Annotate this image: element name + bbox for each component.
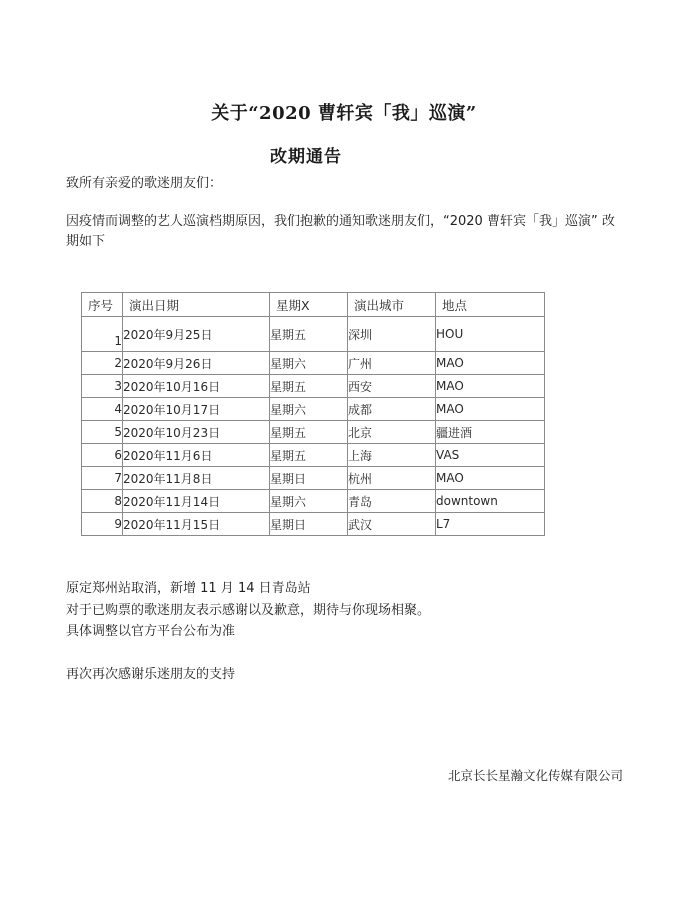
cell-index: 4: [82, 398, 123, 421]
cell-venue: MAO: [436, 352, 545, 375]
cell-weekday: 星期六: [270, 490, 348, 513]
cell-index: 3: [82, 375, 123, 398]
cell-index: 5: [82, 421, 123, 444]
cell-city: 青岛: [348, 490, 436, 513]
cell-date: 2020年10月16日: [123, 375, 270, 398]
cell-city: 武汉: [348, 513, 436, 536]
table-header-row: 序号 演出日期 星期X 演出城市 地点: [82, 293, 545, 317]
header-weekday: 星期X: [270, 293, 348, 317]
document-title: 关于“2020 曹轩宾「我」巡演”: [0, 99, 688, 125]
header-venue: 地点: [436, 293, 545, 317]
cell-venue: VAS: [436, 444, 545, 467]
cell-weekday: 星期六: [270, 352, 348, 375]
cell-index: 6: [82, 444, 123, 467]
cell-city: 杭州: [348, 467, 436, 490]
notes-block: 原定郑州站取消，新增 11 月 14 日青岛站 对于已购票的歌迷朋友表示感谢以及…: [66, 578, 430, 686]
table-row: 3 2020年10月16日 星期五 西安 MAO: [82, 375, 545, 398]
cell-weekday: 星期六: [270, 398, 348, 421]
cell-venue: L7: [436, 513, 545, 536]
cell-venue: MAO: [436, 467, 545, 490]
cell-date: 2020年11月15日: [123, 513, 270, 536]
note-spacer: [66, 643, 430, 665]
cell-weekday: 星期五: [270, 375, 348, 398]
cell-venue: 疆进酒: [436, 421, 545, 444]
cell-venue: downtown: [436, 490, 545, 513]
note-final-thanks: 再次再次感谢乐迷朋友的支持: [66, 664, 430, 686]
cell-date: 2020年10月17日: [123, 398, 270, 421]
table-row: 5 2020年10月23日 星期五 北京 疆进酒: [82, 421, 545, 444]
table-row: 8 2020年11月14日 星期六 青岛 downtown: [82, 490, 545, 513]
header-index: 序号: [82, 293, 123, 317]
cell-city: 广州: [348, 352, 436, 375]
cell-city: 上海: [348, 444, 436, 467]
document-subtitle: 改期通告: [0, 142, 612, 167]
table-row: 1 2020年9月25日 星期五 深圳 HOU: [82, 317, 545, 352]
cell-city: 北京: [348, 421, 436, 444]
schedule-table: 序号 演出日期 星期X 演出城市 地点 1 2020年9月25日 星期五 深圳 …: [81, 292, 545, 536]
header-date: 演出日期: [123, 293, 270, 317]
table-row: 7 2020年11月8日 星期日 杭州 MAO: [82, 467, 545, 490]
cell-date: 2020年11月6日: [123, 444, 270, 467]
cell-weekday: 星期日: [270, 467, 348, 490]
note-cancellation: 原定郑州站取消，新增 11 月 14 日青岛站: [66, 578, 430, 600]
cell-venue: HOU: [436, 317, 545, 352]
cell-index: 9: [82, 513, 123, 536]
greeting: 致所有亲爱的歌迷朋友们：: [66, 174, 222, 194]
cell-weekday: 星期五: [270, 317, 348, 352]
cell-index: 2: [82, 352, 123, 375]
cell-date: 2020年9月25日: [123, 317, 270, 352]
note-thanks-ticket-holders: 对于已购票的歌迷朋友表示感谢以及歉意，期待与你现场相聚。: [66, 600, 430, 622]
cell-city: 成都: [348, 398, 436, 421]
cell-city: 深圳: [348, 317, 436, 352]
table-row: 9 2020年11月15日 星期日 武汉 L7: [82, 513, 545, 536]
cell-date: 2020年10月23日: [123, 421, 270, 444]
header-city: 演出城市: [348, 293, 436, 317]
cell-weekday: 星期五: [270, 421, 348, 444]
cell-date: 2020年11月14日: [123, 490, 270, 513]
cell-index: 8: [82, 490, 123, 513]
table-row: 2 2020年9月26日 星期六 广州 MAO: [82, 352, 545, 375]
table-row: 4 2020年10月17日 星期六 成都 MAO: [82, 398, 545, 421]
cell-date: 2020年11月8日: [123, 467, 270, 490]
cell-weekday: 星期日: [270, 513, 348, 536]
cell-venue: MAO: [436, 375, 545, 398]
intro-paragraph: 因疫情而调整的艺人巡演档期原因，我们抱歉的通知歌迷朋友们，“2020 曹轩宾「我…: [66, 212, 626, 252]
cell-date: 2020年9月26日: [123, 352, 270, 375]
table-row: 6 2020年11月6日 星期五 上海 VAS: [82, 444, 545, 467]
cell-index: 1: [82, 317, 123, 352]
cell-index: 7: [82, 467, 123, 490]
cell-weekday: 星期五: [270, 444, 348, 467]
company-signature: 北京长长星瀚文化传媒有限公司: [448, 766, 623, 784]
cell-city: 西安: [348, 375, 436, 398]
note-official-platform: 具体调整以官方平台公布为准: [66, 621, 430, 643]
cell-venue: MAO: [436, 398, 545, 421]
